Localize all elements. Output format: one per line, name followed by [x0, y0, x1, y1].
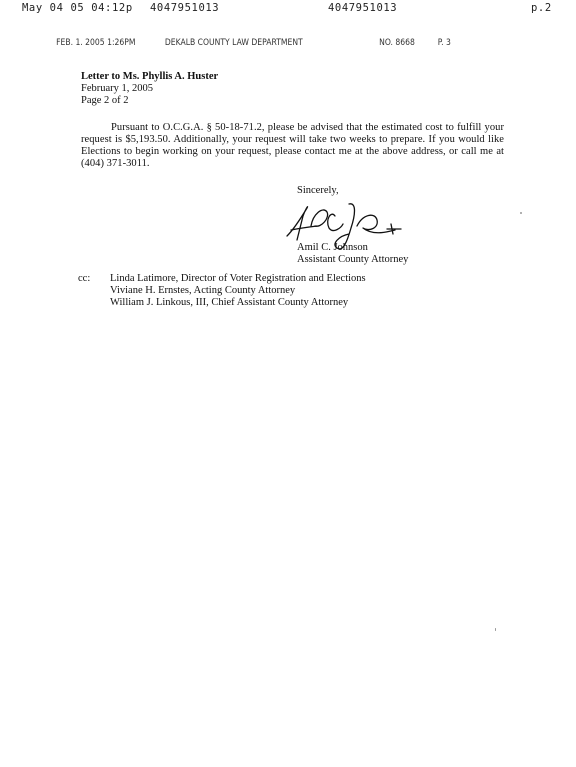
- fax-header-page: p.2: [531, 2, 552, 14]
- signer-name: Amil C. Johnson: [297, 242, 368, 254]
- fax-header-from-number: 4047951013: [150, 2, 219, 14]
- cc-recipient: Viviane H. Ernstes, Acting County Attorn…: [110, 285, 366, 297]
- fax-header-to-number: 4047951013: [328, 2, 397, 14]
- scan-speck: [520, 212, 522, 214]
- scan-speck: [495, 628, 496, 631]
- cc-recipient: William J. Linkous, III, Chief Assistant…: [110, 297, 366, 309]
- cc-recipient-list: Linda Latimore, Director of Voter Regist…: [110, 273, 366, 309]
- fax-transmission-header: May 04 05 04:12p 4047951013 4047951013 p…: [0, 2, 576, 16]
- letter-date: February 1, 2005: [81, 83, 218, 95]
- fax-sender-datetime: FEB. 1. 2005 1:26PM: [56, 38, 135, 48]
- fax-sender-department: DEKALB COUNTY LAW DEPARTMENT: [165, 38, 303, 48]
- cc-label: cc:: [78, 273, 90, 285]
- fax-sender-page: P. 3: [438, 38, 451, 48]
- cc-recipient: Linda Latimore, Director of Voter Regist…: [110, 273, 366, 285]
- letter-reference-block: Letter to Ms. Phyllis A. Huster February…: [81, 71, 218, 107]
- signer-title: Assistant County Attorney: [297, 254, 408, 266]
- letter-page-number: Page 2 of 2: [81, 95, 218, 107]
- letter-closing: Sincerely,: [297, 185, 339, 197]
- letter-body-paragraph: Pursuant to O.C.G.A. § 50-18-71.2, pleas…: [81, 122, 504, 170]
- fax-sender-number: NO. 8668: [379, 38, 415, 48]
- fax-header-datetime: May 04 05 04:12p: [22, 2, 133, 14]
- letter-reference-title: Letter to Ms. Phyllis A. Huster: [81, 71, 218, 83]
